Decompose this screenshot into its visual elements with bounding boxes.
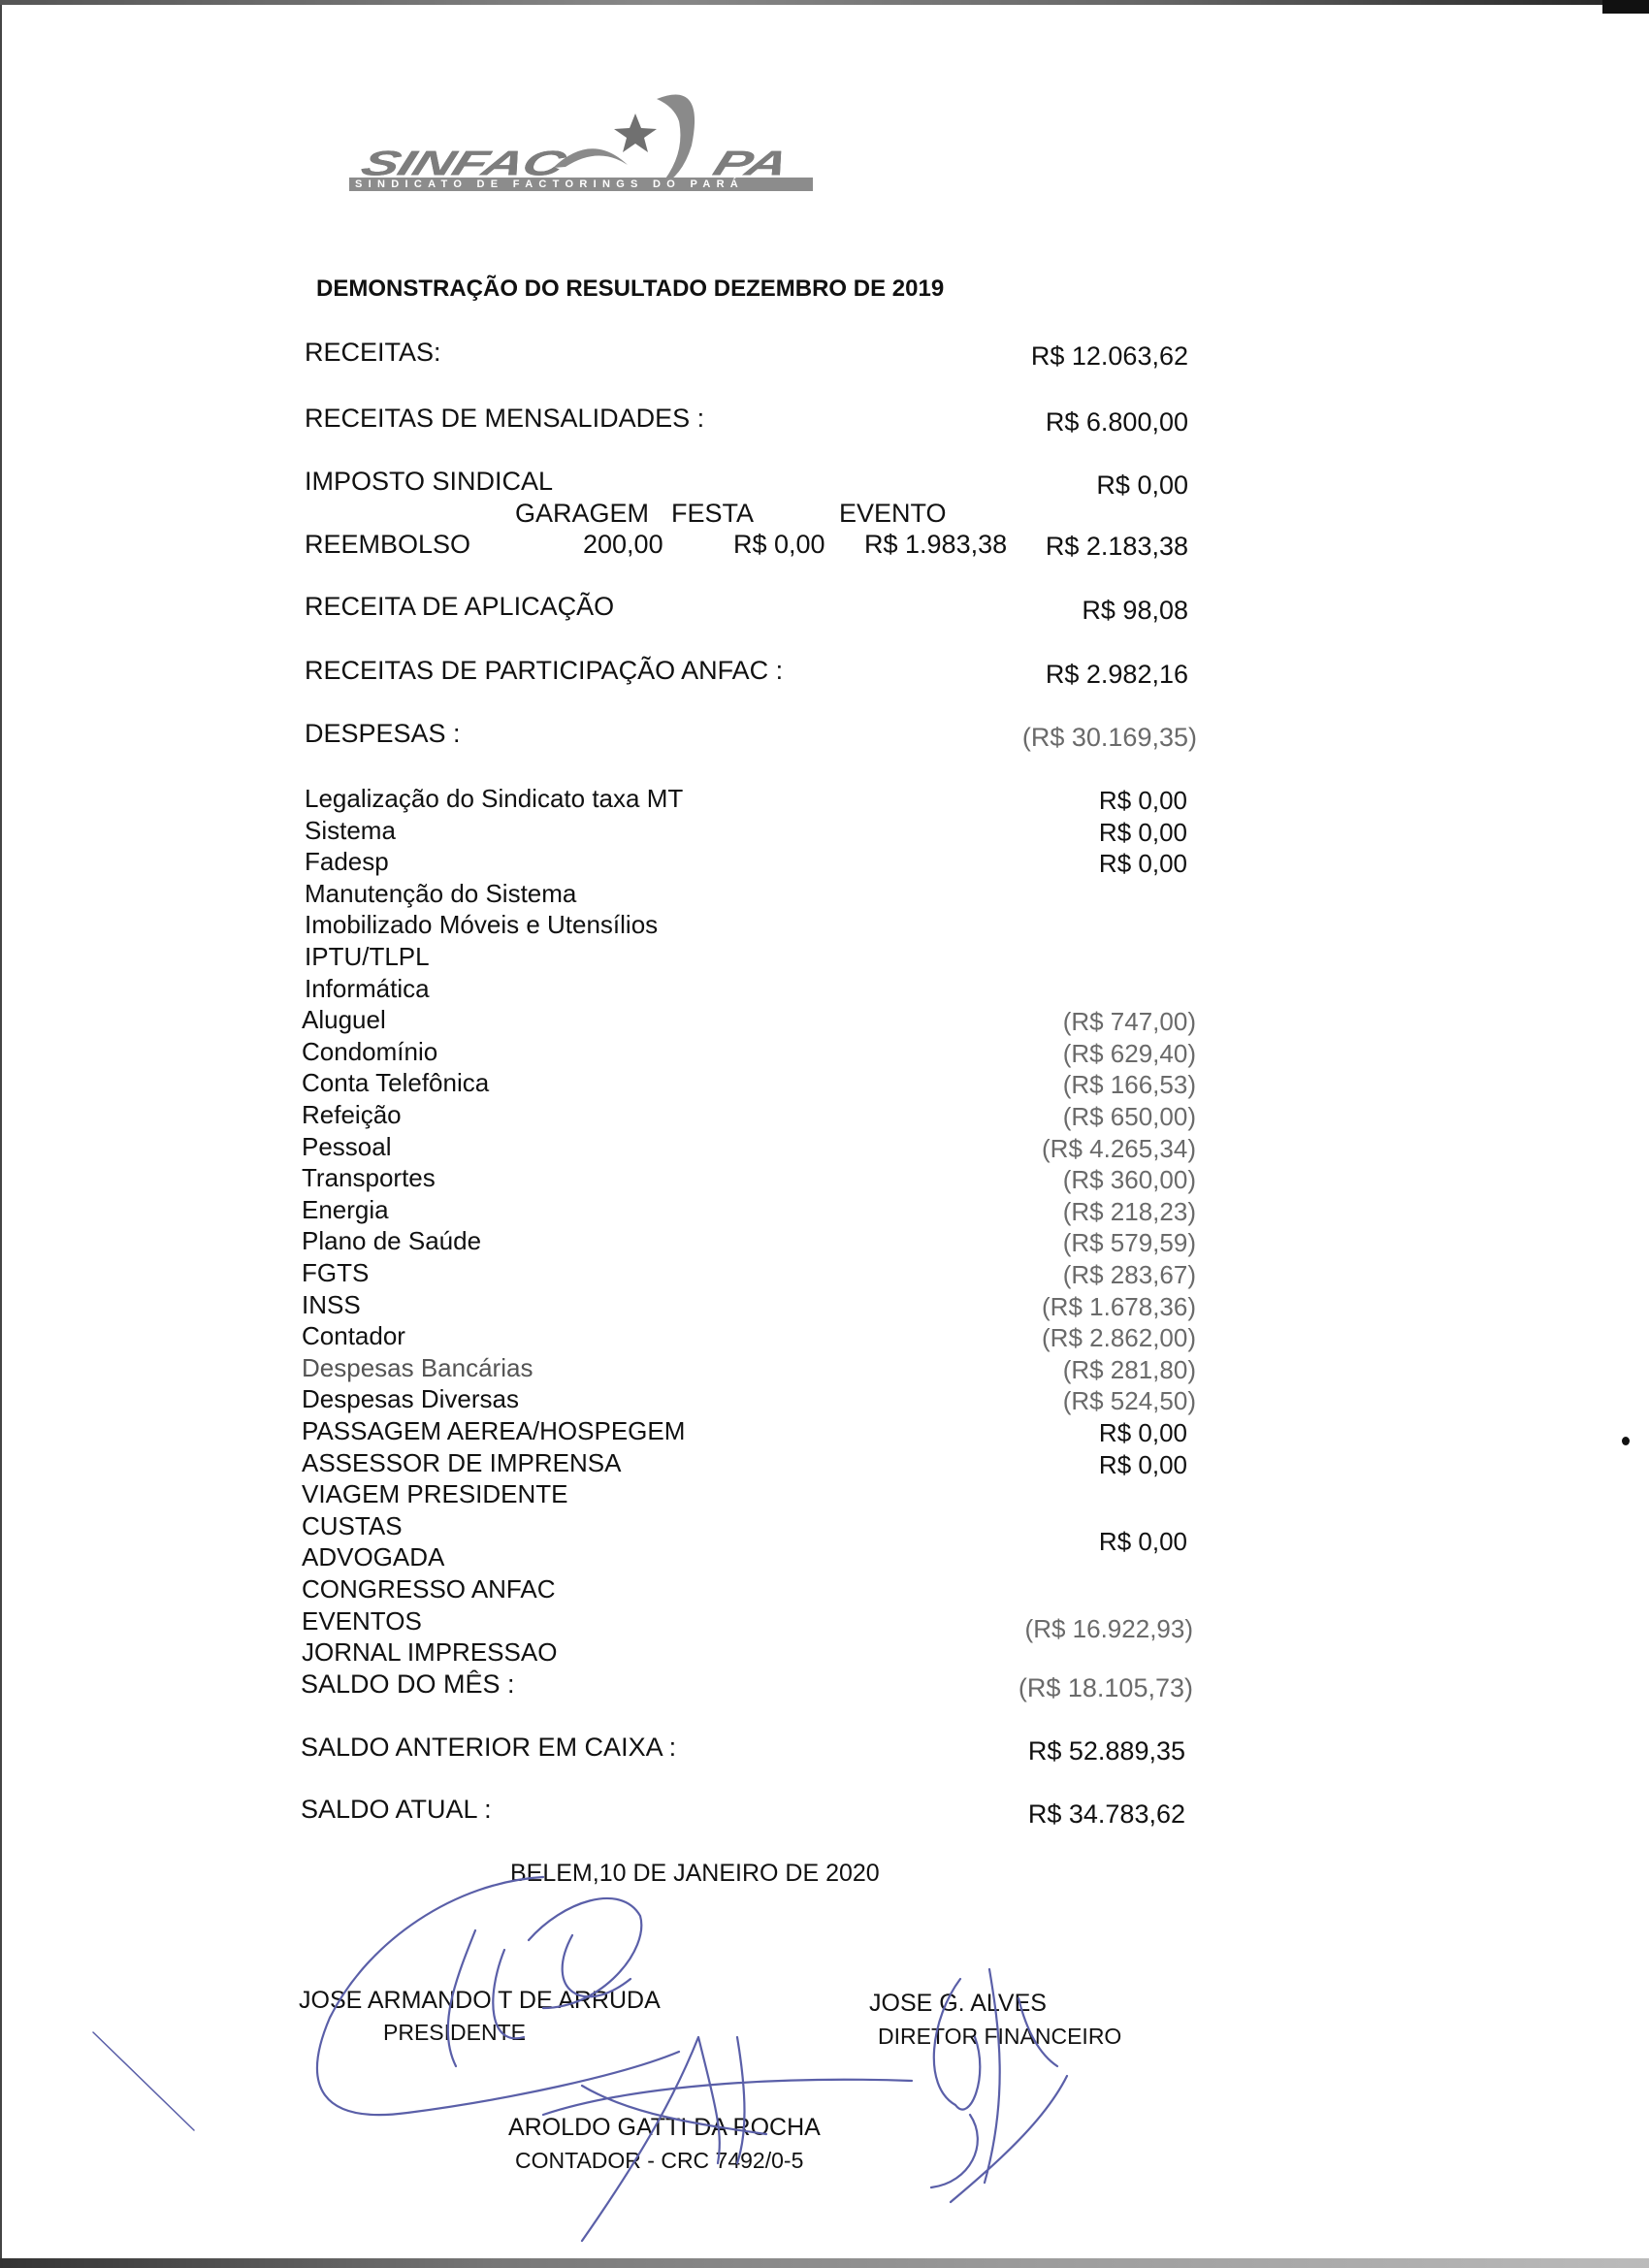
revenue-total-amount: R$ 12.063,62 <box>1031 341 1188 371</box>
custas-amount: R$ 0,00 <box>1099 1527 1187 1556</box>
expense-label: PASSAGEM AEREA/HOSPEGEM <box>302 1416 685 1445</box>
reembolso-garagem-value: 200,00 <box>583 530 663 559</box>
expense-label: EVENTOS <box>302 1606 422 1636</box>
expense-label: ASSESSOR DE IMPRENSA <box>302 1448 621 1477</box>
reembolso-festa-value: R$ 0,00 <box>733 530 825 559</box>
expense-label: FGTS <box>302 1258 369 1287</box>
stray-pen-mark-icon <box>93 2032 194 2130</box>
balance-current-amount: R$ 34.783,62 <box>1028 1799 1185 1829</box>
expense-amount: R$ 0,00 <box>1099 818 1187 847</box>
expense-label: Informática <box>305 974 430 1003</box>
revenue-anfac-amount: R$ 2.982,16 <box>1046 660 1188 689</box>
expense-label: Contador <box>302 1321 405 1350</box>
expense-amount: (R$ 629,40) <box>1063 1039 1196 1068</box>
revenue-aplicacao-label: RECEITA DE APLICAÇÃO <box>305 592 614 621</box>
expense-amount: (R$ 650,00) <box>1063 1102 1196 1131</box>
scan-edge-top <box>0 0 1649 5</box>
expense-amount: (R$ 1.678,36) <box>1042 1292 1196 1321</box>
expense-label: Plano de Saúde <box>302 1226 481 1255</box>
revenue-mensalidades-amount: R$ 6.800,00 <box>1046 407 1188 437</box>
balance-month-label: SALDO DO MÊS : <box>301 1669 515 1699</box>
logo-subtitle: SINDICATO DE FACTORINGS DO PARÁ <box>349 178 813 191</box>
expense-amount: (R$ 747,00) <box>1063 1007 1196 1036</box>
revenue-mensalidades-label: RECEITAS DE MENSALIDADES : <box>305 404 704 433</box>
accountant-name: AROLDO GATTI DA ROCHA <box>508 2113 821 2142</box>
reembolso-amount: R$ 2.183,38 <box>1046 532 1188 561</box>
expense-label: ADVOGADA <box>302 1542 444 1571</box>
financial-director-role: DIRETOR FINANCEIRO <box>878 2022 1121 2051</box>
expense-label: Pessoal <box>302 1132 392 1161</box>
president-role: PRESIDENTE <box>383 2018 526 2047</box>
scan-corner <box>1602 0 1649 14</box>
expense-amount: R$ 0,00 <box>1099 1418 1187 1447</box>
expense-amount: (R$ 283,67) <box>1063 1260 1196 1289</box>
expense-label: Manutenção do Sistema <box>305 879 576 908</box>
expense-label: Refeição <box>302 1100 402 1129</box>
balance-previous-label: SALDO ANTERIOR EM CAIXA : <box>301 1733 676 1762</box>
place-date: BELEM,10 DE JANEIRO DE 2020 <box>510 1859 880 1888</box>
expense-label: Aluguel <box>302 1005 386 1034</box>
expenses-total-label: DESPESAS : <box>305 719 461 748</box>
revenue-imposto-label: IMPOSTO SINDICAL <box>305 467 553 496</box>
expense-amount: (R$ 218,23) <box>1063 1197 1196 1226</box>
expense-amount: R$ 0,00 <box>1099 1450 1187 1479</box>
page-title: DEMONSTRAÇÃO DO RESULTADO DEZEMBRO DE 20… <box>316 275 944 303</box>
expense-amount: R$ 0,00 <box>1099 849 1187 878</box>
scan-speck <box>1622 1437 1630 1445</box>
revenue-aplicacao-amount: R$ 98,08 <box>1082 596 1188 625</box>
revenue-imposto-amount: R$ 0,00 <box>1096 470 1188 500</box>
reembolso-evento-value: R$ 1.983,38 <box>864 530 1007 559</box>
balance-previous-amount: R$ 52.889,35 <box>1028 1736 1185 1766</box>
scan-edge-left <box>0 0 2 2268</box>
expense-label: Energia <box>302 1195 389 1224</box>
reembolso-col-festa-header: FESTA <box>671 499 754 528</box>
expense-label: Condomínio <box>302 1037 437 1066</box>
revenue-total-label: RECEITAS: <box>305 338 441 367</box>
sinfac-logo: SINFAC PA SINDICATO DE FACTORINGS DO PAR… <box>344 78 820 209</box>
expense-label: Legalização do Sindicato taxa MT <box>305 784 683 813</box>
expense-amount: (R$ 281,80) <box>1063 1355 1196 1384</box>
expense-label: Sistema <box>305 816 396 845</box>
expense-label: CONGRESSO ANFAC <box>302 1574 556 1604</box>
balance-current-label: SALDO ATUAL : <box>301 1795 492 1824</box>
signatures-overlay <box>0 0 1649 2268</box>
expense-amount: R$ 0,00 <box>1099 786 1187 815</box>
reembolso-col-evento-header: EVENTO <box>839 499 947 528</box>
expense-label: Imobilizado Móveis e Utensílios <box>305 910 658 939</box>
expense-label: JORNAL IMPRESSAO <box>302 1637 557 1667</box>
expense-amount: (R$ 4.265,34) <box>1042 1134 1196 1163</box>
financial-director-name: JOSE G. ALVES <box>869 1989 1047 2018</box>
expenses-total-amount: (R$ 30.169,35) <box>1022 723 1197 752</box>
reembolso-label: REEMBOLSO <box>305 530 470 559</box>
expense-label: Despesas Diversas <box>302 1384 519 1413</box>
expense-label: VIAGEM PRESIDENTE <box>302 1479 568 1508</box>
accountant-role: CONTADOR - CRC 7492/0-5 <box>515 2146 803 2175</box>
expense-amount: (R$ 579,59) <box>1063 1228 1196 1257</box>
expense-amount: (R$ 166,53) <box>1063 1070 1196 1099</box>
expense-amount: (R$ 360,00) <box>1063 1165 1196 1194</box>
balance-month-amount: (R$ 18.105,73) <box>1018 1673 1193 1702</box>
reembolso-col-garagem-header: GARAGEM <box>515 499 649 528</box>
expense-label: Conta Telefônica <box>302 1068 489 1097</box>
expense-label: Fadesp <box>305 847 389 876</box>
president-name: JOSE ARMANDO T DE ARRUDA <box>299 1986 661 2015</box>
expense-label: Transportes <box>302 1163 436 1192</box>
eventos-amount: (R$ 16.922,93) <box>1025 1614 1193 1643</box>
expense-label: Despesas Bancárias <box>302 1353 533 1382</box>
expense-amount: (R$ 524,50) <box>1063 1386 1196 1415</box>
expense-label: CUSTAS <box>302 1511 403 1540</box>
expense-label: INSS <box>302 1290 361 1319</box>
expense-label: IPTU/TLPL <box>305 942 430 971</box>
scan-edge-bottom <box>0 2258 1649 2268</box>
expense-amount: (R$ 2.862,00) <box>1042 1323 1196 1352</box>
revenue-anfac-label: RECEITAS DE PARTICIPAÇÃO ANFAC : <box>305 656 783 685</box>
